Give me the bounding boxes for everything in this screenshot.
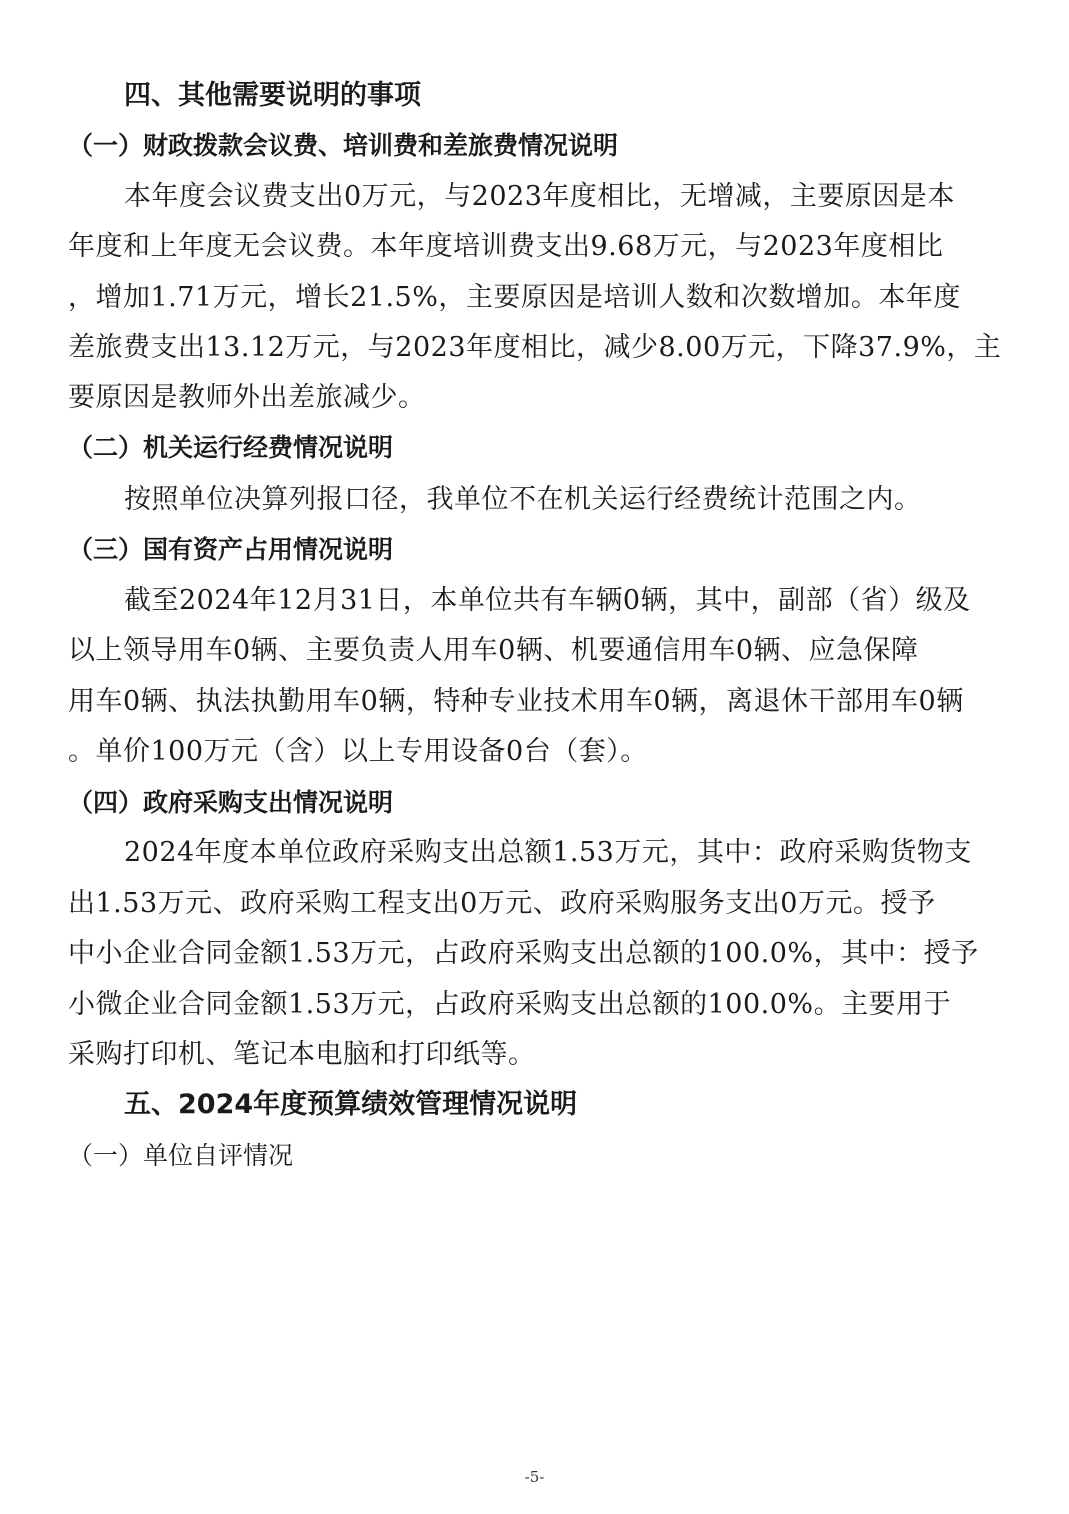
section-4-title: 四、其他需要说明的事项 bbox=[124, 76, 421, 116]
page-number: -5- bbox=[0, 1468, 1069, 1486]
paragraph-line: 本年度会议费支出0万元，与2023年度相比，无增减，主要原因是本 bbox=[124, 177, 955, 217]
document-page: 四、其他需要说明的事项 （一）财政拨款会议费、培训费和差旅费情况说明 本年度会议… bbox=[0, 0, 1069, 1514]
paragraph-line: 采购打印机、笔记本电脑和打印纸等。 bbox=[68, 1035, 536, 1075]
paragraph-line: 要原因是教师外出差旅减少。 bbox=[68, 378, 426, 418]
paragraph-line: 用车0辆、执法执勤用车0辆，特种专业技术用车0辆，离退休干部用车0辆 bbox=[68, 682, 964, 722]
section-4-4-heading: （四）政府采购支出情况说明 bbox=[68, 783, 393, 823]
paragraph-line: 。单价100万元（含）以上专用设备0台（套）。 bbox=[68, 732, 648, 772]
paragraph-line: ，增加1.71万元，增长21.5%，主要原因是培训人数和次数增加。本年度 bbox=[68, 278, 961, 318]
paragraph-line: 小微企业合同金额1.53万元，占政府采购支出总额的100.0%。主要用于 bbox=[68, 985, 951, 1025]
paragraph-line: 以上领导用车0辆、主要负责人用车0辆、机要通信用车0辆、应急保障 bbox=[68, 631, 919, 671]
section-4-1-heading: （一）财政拨款会议费、培训费和差旅费情况说明 bbox=[68, 126, 618, 166]
paragraph-line: 差旅费支出13.12万元，与2023年度相比，减少8.00万元，下降37.9%，… bbox=[68, 328, 1001, 368]
paragraph-line: 按照单位决算列报口径，我单位不在机关运行经费统计范围之内。 bbox=[124, 480, 922, 520]
paragraph-line: 年度和上年度无会议费。本年度培训费支出9.68万元，与2023年度相比 bbox=[68, 227, 943, 267]
paragraph-line: 出1.53万元、政府采购工程支出0万元、政府采购服务支出0万元。授予 bbox=[68, 884, 935, 924]
paragraph-line: 截至2024年12月31日，本单位共有车辆0辆，其中，副部（省）级及 bbox=[124, 581, 971, 621]
section-4-3-heading: （三）国有资产占用情况说明 bbox=[68, 530, 393, 570]
paragraph-line: 2024年度本单位政府采购支出总额1.53万元，其中：政府采购货物支 bbox=[124, 833, 972, 873]
paragraph-line: 中小企业合同金额1.53万元，占政府采购支出总额的100.0%，其中：授予 bbox=[68, 934, 979, 974]
section-5-title: 五、2024年度预算绩效管理情况说明 bbox=[124, 1085, 577, 1125]
section-4-2-heading: （二）机关运行经费情况说明 bbox=[68, 428, 393, 468]
section-5-1-heading: （一）单位自评情况 bbox=[68, 1136, 293, 1176]
